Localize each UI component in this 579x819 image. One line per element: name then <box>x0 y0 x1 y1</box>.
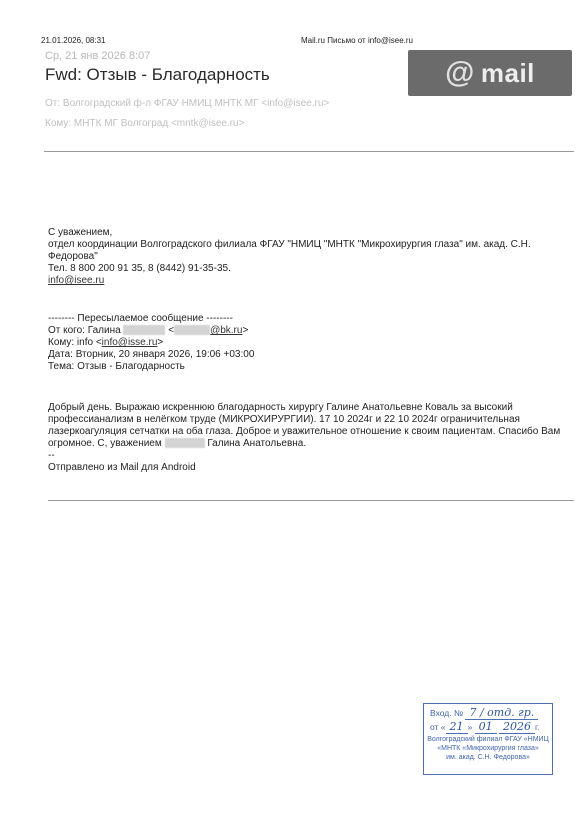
email-from: От: Волгоградский ф-л ФГАУ НМИЦ МНТК МГ … <box>45 98 329 109</box>
mailru-logo: @ mail <box>408 50 572 96</box>
stamp-number-row: Вход. № 7 / отд. гр. <box>424 708 552 718</box>
stamp-org-line-1: Волгоградский филиал ФГАУ «НМИЦ <box>424 735 552 744</box>
email-subject: Fwd: Отзыв - Благодарность <box>45 65 270 85</box>
stamp-date-row: от «21» 01 2026г. <box>424 722 552 732</box>
logo-text: mail <box>481 58 535 89</box>
redacted-surname <box>123 325 165 335</box>
stamp-org-line-2: «МНТК «Микрохирургия глаза» <box>424 744 552 753</box>
stamp-org-line-3: им. акад. С.Н. Федорова» <box>424 753 552 762</box>
stamp-month: 01 <box>475 720 497 734</box>
print-page-title: Mail.ru Письмо от info@isee.ru <box>301 36 413 45</box>
redacted-email-user <box>174 325 210 335</box>
message-body: Добрый день. Выражаю искреннюю благодарн… <box>48 402 568 474</box>
message-sent-from: Отправлено из Mail для Android <box>48 462 568 474</box>
signature-phones: Тел. 8 800 200 91 35, 8 (8442) 91-35-35. <box>48 263 568 275</box>
forward-to: Кому: info <info@isse.ru> <box>48 337 568 349</box>
divider-top <box>44 151 574 152</box>
print-timestamp: 21.01.2026, 08:31 <box>41 36 106 45</box>
message-sig-separator: -- <box>48 450 568 462</box>
incoming-registration-stamp: Вход. № 7 / отд. гр. от «21» 01 2026г. В… <box>423 703 553 775</box>
stamp-day: 21 <box>446 720 468 734</box>
signature-greeting: С уважением, <box>48 227 568 239</box>
forwarded-header: -------- Пересылаемое сообщение --------… <box>48 313 568 373</box>
stamp-year: 2026 <box>499 720 535 734</box>
forward-from: От кого: Галина <@bk.ru> <box>48 325 568 337</box>
forward-from-email-domain[interactable]: @bk.ru <box>210 325 242 336</box>
signature-email-link[interactable]: info@isee.ru <box>48 275 104 286</box>
forward-to-email-link[interactable]: info@isse.ru <box>102 337 158 348</box>
email-to: Кому: МНТК МГ Волгоград <mntk@isee.ru> <box>45 118 244 129</box>
redacted-name <box>165 438 205 448</box>
forward-separator: -------- Пересылаемое сообщение -------- <box>48 313 568 325</box>
forward-date: Дата: Вторник, 20 января 2026, 19:06 +03… <box>48 349 568 361</box>
at-sign-icon: @ <box>445 56 475 90</box>
forward-subject: Тема: Отзыв - Благодарность <box>48 361 568 373</box>
email-sent-date: Ср, 21 янв 2026 8:07 <box>45 50 150 62</box>
message-text: Добрый день. Выражаю искреннюю благодарн… <box>48 402 568 450</box>
signature-block: С уважением, отдел координации Волгоград… <box>48 227 568 287</box>
stamp-number: 7 / отд. гр. <box>465 706 538 720</box>
divider-bottom <box>48 500 574 501</box>
signature-department: отдел координации Волгоградского филиала… <box>48 239 568 263</box>
